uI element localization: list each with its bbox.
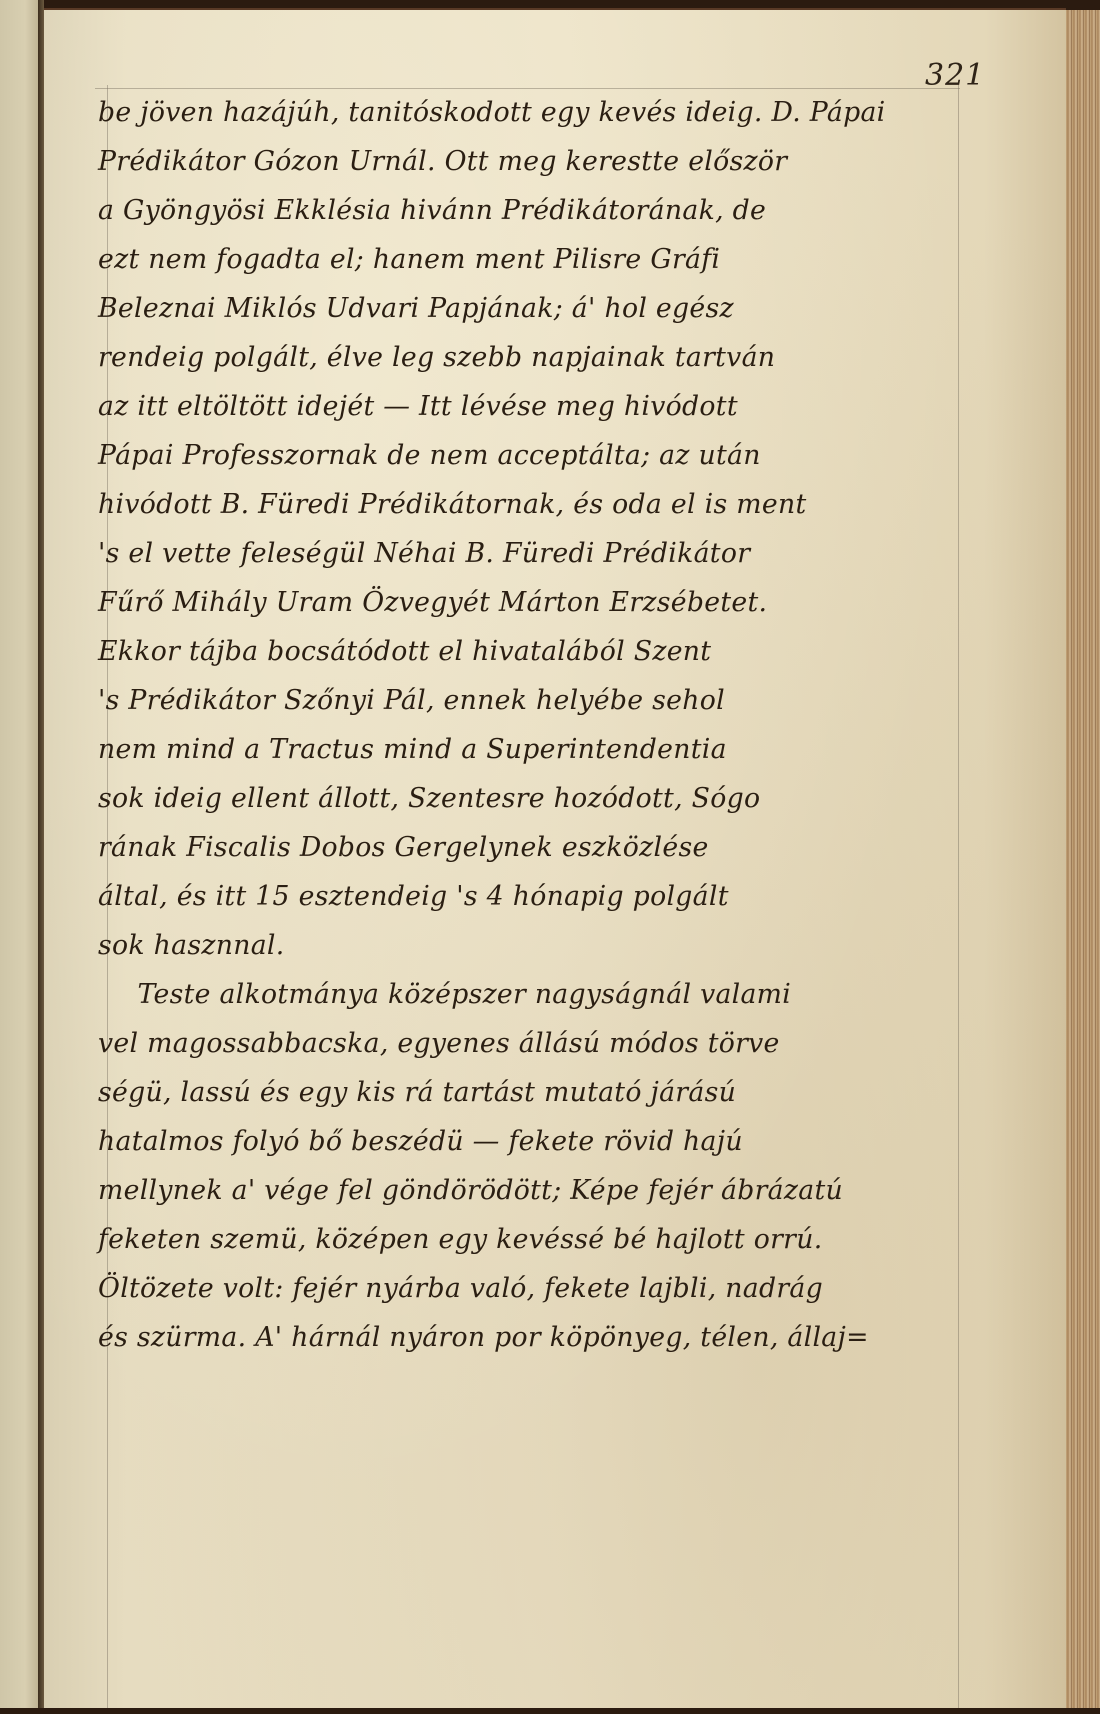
text-line: rendeig polgált, élve leg szebb napjaina… xyxy=(98,333,958,382)
text-line: hivódott B. Füredi Prédikátornak, és oda… xyxy=(98,480,958,529)
text-line: Ekkor tájba bocsátódott el hivatalából S… xyxy=(98,627,958,676)
text-line: az itt eltöltött idejét — Itt lévése meg… xyxy=(98,382,958,431)
text-line: sok hasznnal. xyxy=(98,921,958,970)
text-line: által, és itt 15 esztendeig 's 4 hónapig… xyxy=(98,872,958,921)
book-bottom-edge xyxy=(0,1708,1100,1714)
facing-page-edge xyxy=(0,0,42,1714)
text-line: hatalmos folyó bő beszédü — fekete rövid… xyxy=(98,1117,958,1166)
text-line: Pápai Professzornak de nem acceptálta; a… xyxy=(98,431,958,480)
manuscript-text: be jöven hazájúh, tanitóskodott egy kevé… xyxy=(98,88,968,1362)
text-line: 's el vette feleségül Néhai B. Füredi Pr… xyxy=(98,529,958,578)
text-line: a Gyöngyösi Ekklésia hivánn Prédikátorán… xyxy=(98,186,958,235)
text-line: és szürma. A' hárnál nyáron por köpönyeg… xyxy=(98,1313,958,1362)
page-stack-edge xyxy=(1066,10,1100,1710)
text-line: sok ideig ellent állott, Szentesre hozód… xyxy=(98,774,958,823)
text-line: ségü, lassú és egy kis rá tartást mutató… xyxy=(98,1068,958,1117)
text-line: vel magossabbacska, egyenes állású módos… xyxy=(98,1019,958,1068)
text-line: Teste alkotmánya középszer nagyságnál va… xyxy=(98,970,958,1019)
text-line: nem mind a Tractus mind a Superintendent… xyxy=(98,725,958,774)
text-line: Beleznai Miklós Udvari Papjának; á' hol … xyxy=(98,284,958,333)
text-line: 's Prédikátor Szőnyi Pál, ennek helyébe … xyxy=(98,676,958,725)
text-line: Öltözete volt: fejér nyárba való, fekete… xyxy=(98,1264,958,1313)
text-line: be jöven hazájúh, tanitóskodott egy kevé… xyxy=(98,88,958,137)
text-line: feketen szemü, középen egy kevéssé bé ha… xyxy=(98,1215,958,1264)
text-line: ezt nem fogadta el; hanem ment Pilisre G… xyxy=(98,235,958,284)
text-line: mellynek a' vége fel göndörödött; Képe f… xyxy=(98,1166,958,1215)
text-line: Prédikátor Gózon Urnál. Ott meg kerestte… xyxy=(98,137,958,186)
text-line: Fűrő Mihály Uram Özvegyét Márton Erzsébe… xyxy=(98,578,958,627)
text-line: rának Fiscalis Dobos Gergelynek eszközlé… xyxy=(98,823,958,872)
